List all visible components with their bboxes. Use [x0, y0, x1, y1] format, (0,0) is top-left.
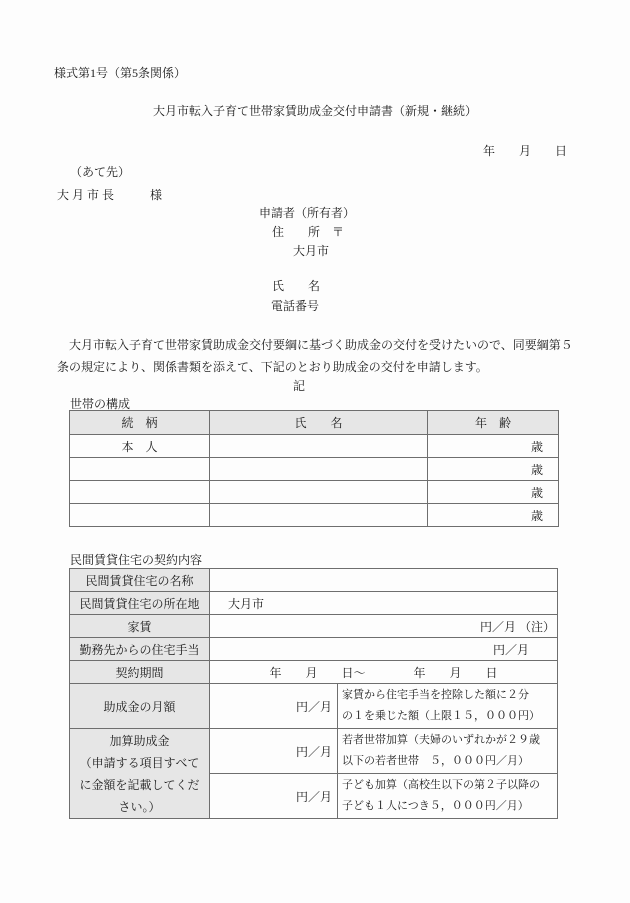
household-row-3-age: 歳: [428, 481, 559, 504]
household-row-1-name: [210, 435, 428, 458]
contract-location-label: 民間賃貸住宅の所在地: [70, 592, 210, 615]
household-row-1-relation: 本 人: [70, 435, 210, 458]
date-line: 年 月 日: [483, 142, 567, 159]
household-row-3-relation: [70, 481, 210, 504]
household-header-relation: 続 柄: [70, 411, 210, 435]
contract-table-caption: 民間賃貸住宅の契約内容: [70, 551, 202, 568]
household-row-2-relation: [70, 458, 210, 481]
contract-row-location: 民間賃貸住宅の所在地 大月市: [70, 592, 558, 615]
applicant-label: 申請者（所有者）: [259, 204, 355, 221]
contract-addition-2-desc: 子ども加算（高校生以下の第２子以降の 子ども１人につき５，０００円／月）: [338, 774, 558, 819]
household-table: 続 柄 氏 名 年 齢 本 人 歳 歳 歳 歳: [69, 410, 559, 527]
contract-row-period: 契約期間 年 月 日～ 年 月 日: [70, 661, 558, 684]
household-header-row: 続 柄 氏 名 年 齢: [70, 411, 559, 435]
household-row-2-age: 歳: [428, 458, 559, 481]
household-row-2-name: [210, 458, 428, 481]
document-page: 様式第1号（第5条関係） 大月市転入子育て世帯家賃助成金交付申請書（新規・継続）…: [0, 0, 630, 903]
contract-period-value: 年 月 日～ 年 月 日: [210, 661, 558, 684]
form-number: 様式第1号（第5条関係）: [54, 64, 186, 81]
contract-addition-2-unit: 円／月: [210, 774, 338, 819]
contract-allowance-label: 勤務先からの住宅手当: [70, 638, 210, 661]
contract-row-name: 民間賃貸住宅の名称: [70, 569, 558, 592]
applicant-phone-label: 電話番号: [271, 297, 319, 314]
contract-addition-label: 加算助成金 （申請する項目すべて に金額を記載してくだ さい。）: [70, 729, 210, 819]
contract-location-value: 大月市: [210, 592, 558, 615]
household-row: 歳: [70, 481, 559, 504]
household-row: 歳: [70, 504, 559, 527]
body-paragraph: 大月市転入子育て世帯家賃助成金交付要綱に基づく助成金の交付を受けたいので、同要綱…: [57, 334, 579, 378]
contract-row-monthly: 助成金の月額 円／月 家賃から住宅手当を控除した額に２分 の１を乗じた額（上限１…: [70, 684, 558, 729]
contract-rent-label: 家賃: [70, 615, 210, 638]
mayor-line: 大 月 市 長 様: [57, 186, 162, 203]
contract-addition-1-unit: 円／月: [210, 729, 338, 774]
household-row-4-name: [210, 504, 428, 527]
household-row-4-relation: [70, 504, 210, 527]
household-header-name: 氏 名: [210, 411, 428, 435]
contract-row-allowance: 勤務先からの住宅手当 円／月: [70, 638, 558, 661]
applicant-address-city: 大月市: [293, 242, 329, 259]
contract-name-value: [210, 569, 558, 592]
contract-addition-1-desc: 若者世帯加算（夫婦のいずれかが２９歳 以下の若者世帯 ５，０００円／月）: [338, 729, 558, 774]
contract-monthly-desc: 家賃から住宅手当を控除した額に２分 の１を乗じた額（上限１５，０００円）: [338, 684, 558, 729]
contract-row-rent: 家賃 円／月 （注）: [70, 615, 558, 638]
household-header-age: 年 齢: [428, 411, 559, 435]
addressee-label: （あて先）: [70, 163, 130, 180]
contract-monthly-label: 助成金の月額: [70, 684, 210, 729]
contract-period-label: 契約期間: [70, 661, 210, 684]
contract-monthly-unit: 円／月: [210, 684, 338, 729]
document-title: 大月市転入子育て世帯家賃助成金交付申請書（新規・継続）: [0, 102, 630, 119]
applicant-name-label: 氏 名: [272, 277, 320, 294]
household-row-1-age: 歳: [428, 435, 559, 458]
contract-name-label: 民間賃貸住宅の名称: [70, 569, 210, 592]
contract-table: 民間賃貸住宅の名称 民間賃貸住宅の所在地 大月市 家賃 円／月 （注） 勤務先か…: [69, 568, 558, 819]
contract-rent-value: 円／月 （注）: [210, 615, 558, 638]
household-row: 本 人 歳: [70, 435, 559, 458]
household-row-3-name: [210, 481, 428, 504]
household-row: 歳: [70, 458, 559, 481]
contract-allowance-value: 円／月: [210, 638, 558, 661]
contract-row-addition-1: 加算助成金 （申請する項目すべて に金額を記載してくだ さい。） 円／月 若者世…: [70, 729, 558, 774]
household-row-4-age: 歳: [428, 504, 559, 527]
ki-marker: 記: [293, 377, 305, 394]
applicant-address-label: 住 所 〒: [272, 223, 344, 240]
